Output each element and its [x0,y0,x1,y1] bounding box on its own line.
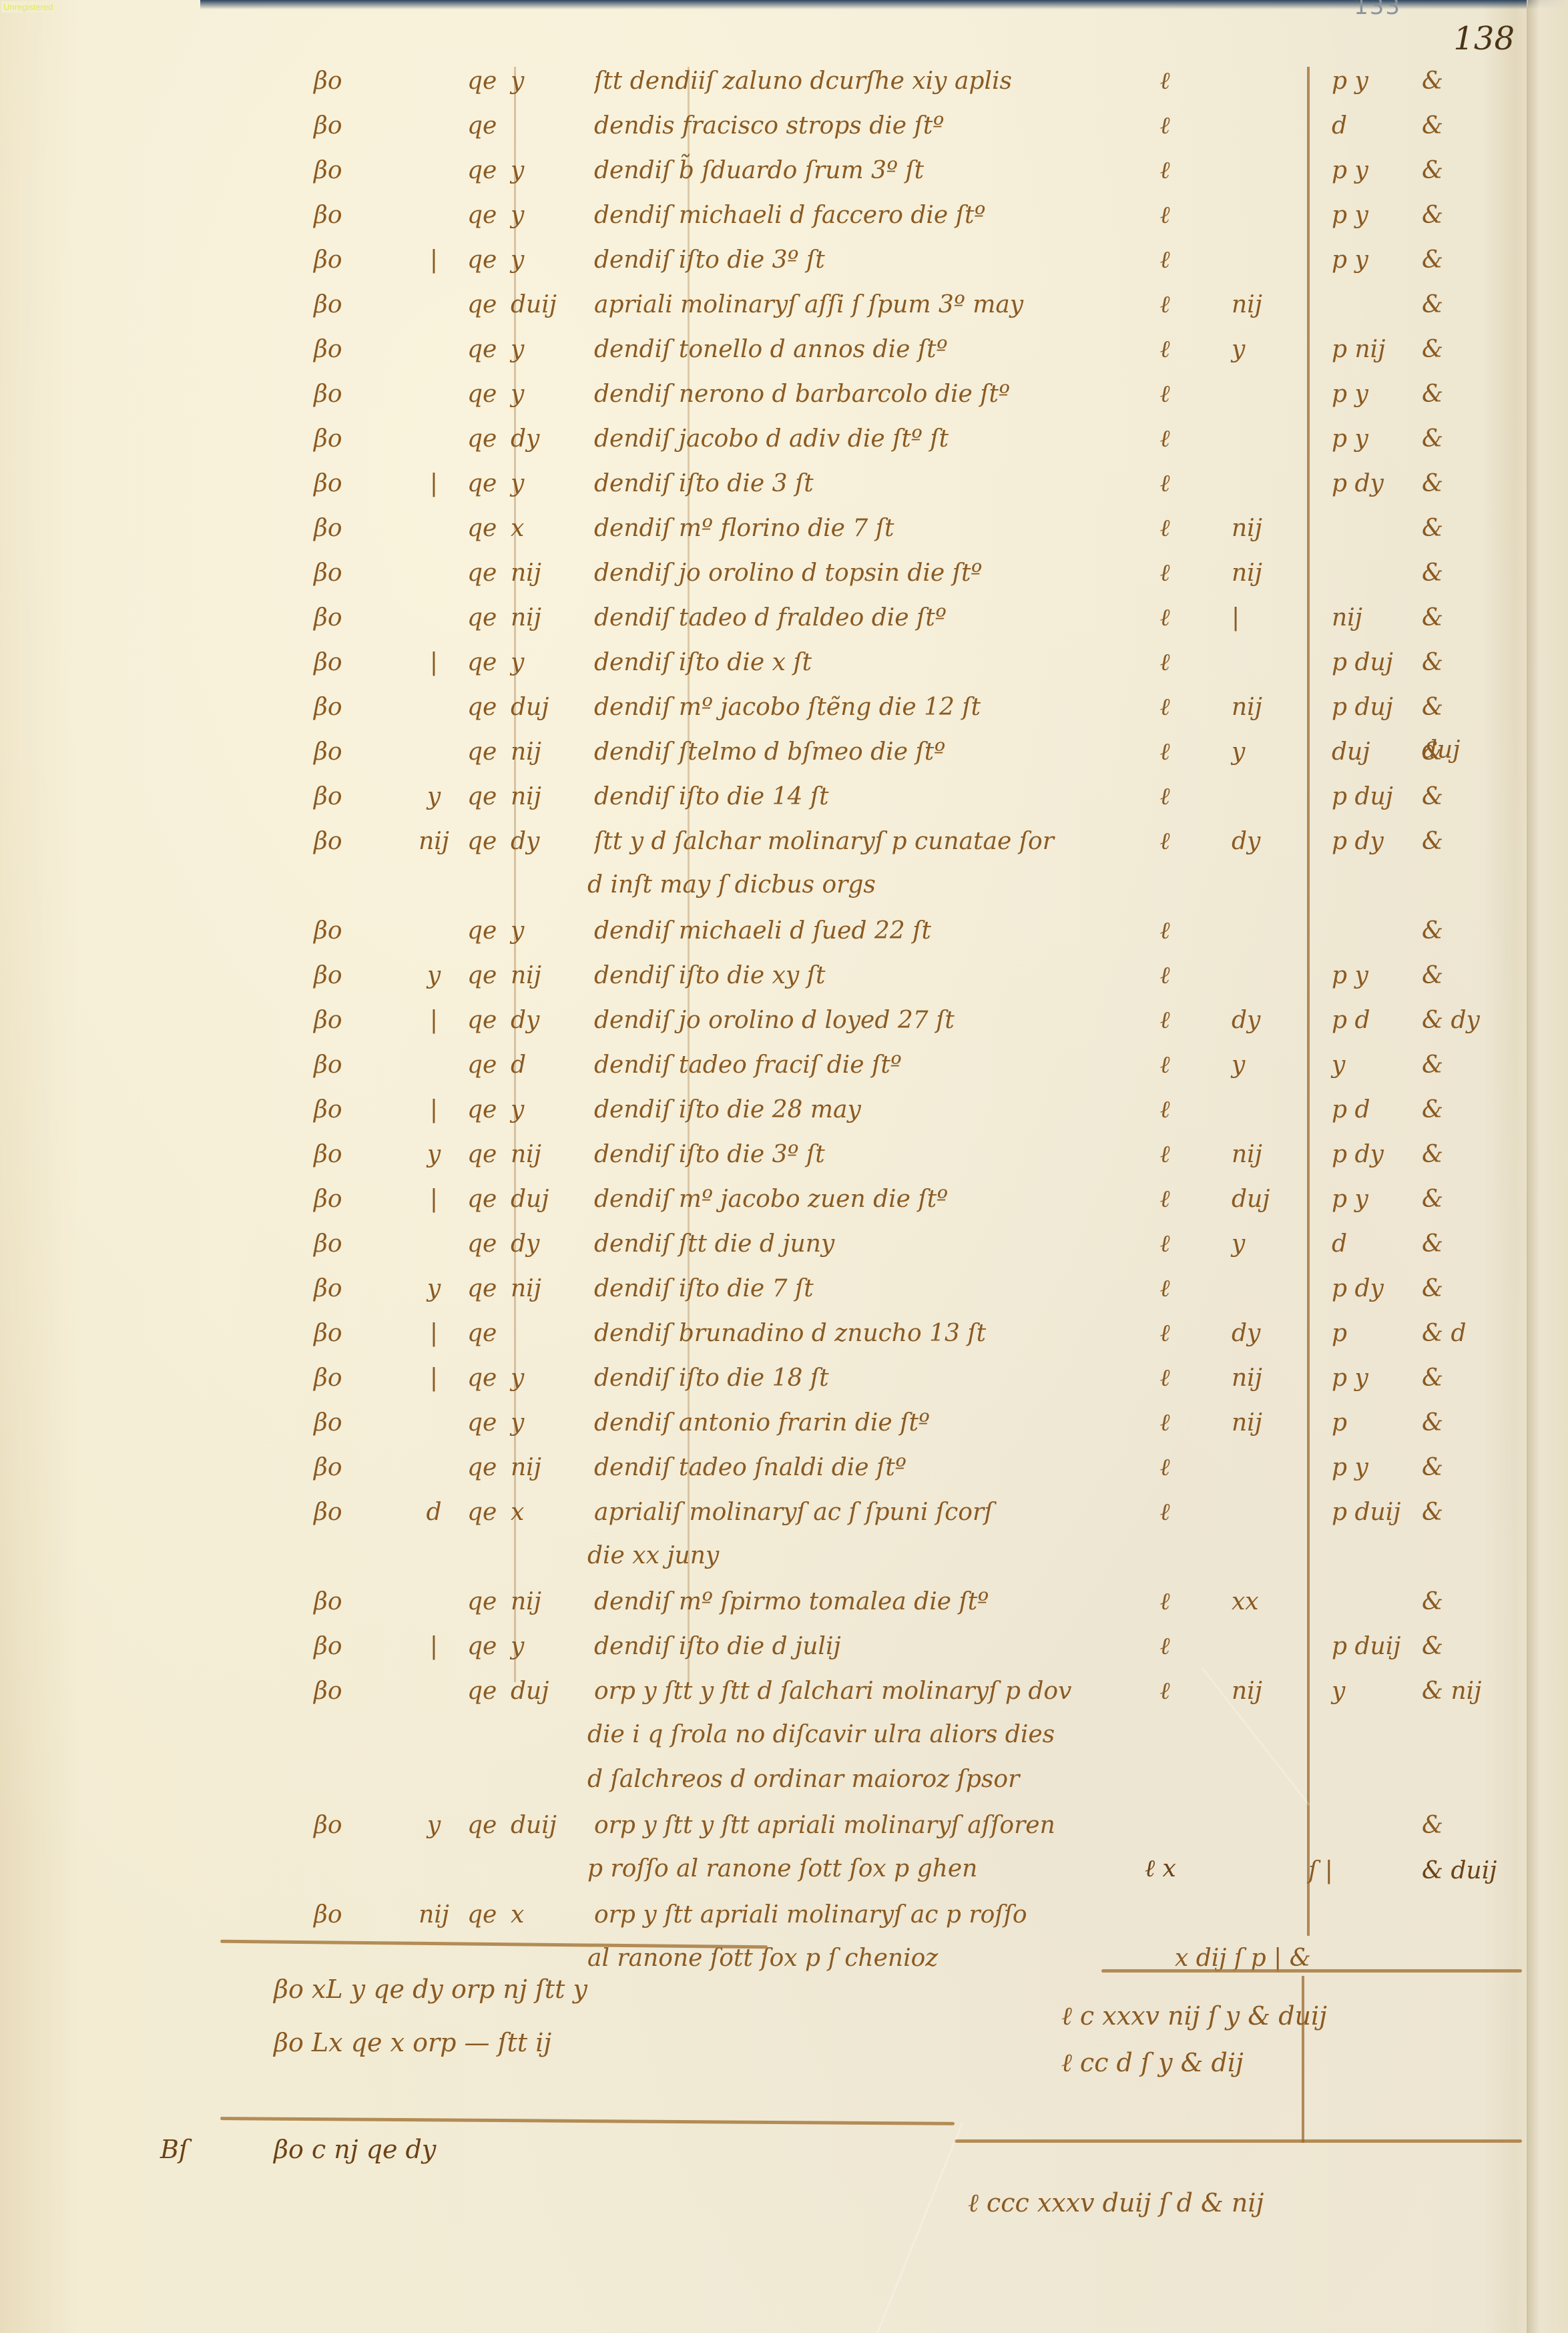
value-column-3: & [1422,463,1489,505]
value-column-2: p d [1332,999,1412,1042]
quantity-unit: qe [467,507,507,550]
quantity-unit: qe [467,1044,507,1087]
entry-marker: βo [314,1178,367,1221]
entry-description: dendiſ iſto die 18 ſt [594,1357,1141,1400]
ledger-row: βoyqeduijorp y ſtt y ſtt apriali molinar… [0,1804,1568,1847]
quantity-unit: qe [467,1223,507,1266]
value-column-2: y [1332,1044,1412,1087]
ledger-row: βoqenijdendiſ tadeo ſnaldi die ſtºℓp y& [0,1447,1568,1489]
libra-sign: ℓ [1148,1312,1182,1355]
ledger-row: βoqeydendiſ michaeli d faccero die ſtºℓp… [0,194,1568,237]
quantity-unit: qe [467,194,507,237]
grand-total-label: Bſ [160,2129,188,2169]
total-rule-left [220,2117,955,2125]
quantity-amount: nij [511,731,577,774]
entry-marker: βo [314,1581,367,1623]
quantity-unit: qe [467,776,507,818]
quantity-unit: qe [467,1491,507,1534]
value-column-3: & [1422,150,1489,192]
prefix-count: | [414,641,454,684]
entry-description: orp y ſtt y ſtt apriali molinaryſ aſſore… [594,1804,1141,1847]
quantity-unit: qe [467,1089,507,1131]
entry-marker: βo [314,507,367,550]
value-column-2: p y [1332,418,1412,461]
entry-description: dendiſ michaeli d faccero die ſtº [594,194,1141,237]
libra-sign: ℓ [1148,641,1182,684]
value-column-1: nij [1232,507,1292,550]
entry-description: dendiſ brunadino d znucho 13 ſt [594,1312,1141,1355]
libra-sign: ℓ [1148,1402,1182,1445]
entry-marker: βo [314,955,367,997]
quantity-amount: y [511,1089,577,1131]
value-column-3: & [1422,507,1489,550]
quantity-unit: qe [467,60,507,103]
entry-description: dendiſ jacobo d adiv die ſtº ſt [594,418,1141,461]
entry-description: apriali molinaryſ aſſi ſ ſpum 3º may [594,284,1141,326]
value-column-2: p duj [1332,641,1412,684]
value-column-1: nij [1232,1357,1292,1400]
continuation-libra: ℓ x [1145,1849,1176,1889]
value-column-2: p dy [1332,1133,1412,1176]
total-rule-right [955,2139,1522,2143]
ledger-row: βo|qeydendiſ iſto die 3 ſtℓp dy& [0,463,1568,505]
entry-marker: βo [314,552,367,595]
libra-sign: ℓ [1148,731,1182,774]
libra-sign: ℓ [1148,328,1182,371]
quantity-amount: dy [511,820,577,863]
quantity-amount: y [511,910,577,953]
entry-marker: βo [314,194,367,237]
quantity-amount: nij [511,776,577,818]
value-column-1: duj [1232,1178,1292,1221]
entry-marker: βo [314,463,367,505]
libra-sign: ℓ [1148,1089,1182,1131]
ledger-row: βoqenijdendiſ mº ſpirmo tomalea die ſtºℓ… [0,1581,1568,1623]
quantity-unit: qe [467,910,507,953]
entry-description: dendiſ nerono d barbarcolo die ſtº [594,373,1141,416]
entry-marker: βo [314,418,367,461]
ledger-row: βo|qeydendiſ iſto die 3º ſtℓp y& [0,239,1568,282]
libra-sign: ℓ [1148,686,1182,729]
ledger-row: βo|qedydendiſ jo orolino d loyed 27 ſtℓd… [0,999,1568,1042]
value-column-1: nij [1232,1670,1292,1713]
quantity-amount: duj [511,1670,577,1713]
summary-right-line-2: ℓ cc d ſ y & dij [1061,2043,1244,2083]
quantity-unit: qe [467,463,507,505]
quantity-unit: qe [467,731,507,774]
ledger-row: βoqedendis fracisco strops die ſtºℓd& [0,105,1568,148]
prefix-count: nij [414,1894,454,1936]
grand-total-left: βo c nj qe dy [274,2129,436,2169]
quantity-amount: duj [511,686,577,729]
entry-marker: βo [314,1402,367,1445]
ledger-row: βonijqexorp y ſtt apriali molinaryſ ac p… [0,1894,1568,1936]
entry-marker: βo [314,1804,367,1847]
ledger-row: βoqenijdendiſ ſtelmo d bſmeo die ſtºℓydu… [0,731,1568,774]
entry-description: dendiſ iſto die xy ſt [594,955,1141,997]
libra-sign: ℓ [1148,463,1182,505]
libra-sign: ℓ [1148,1223,1182,1266]
value-column-2: p y [1332,194,1412,237]
entry-description: dendiſ jo orolino d topsin die ſtº [594,552,1141,595]
quantity-unit: qe [467,1312,507,1355]
value-column-3: & d [1422,1312,1489,1355]
prefix-count: y [414,776,454,818]
value-column-3: & [1422,418,1489,461]
libra-sign: ℓ [1148,597,1182,639]
ledger-row: βoqeydendiſ tonello d annos die ſtºℓyp n… [0,328,1568,371]
grand-total-right: ℓ ccc xxxv duij ſ d & nij [968,2183,1264,2223]
value-column-2: duj [1332,731,1412,774]
entry-description: dendiſ iſto die 7 ſt [594,1268,1141,1310]
quantity-unit: qe [467,641,507,684]
entry-description: dendiſ tonello d annos die ſtº [594,328,1141,371]
quantity-amount: duij [511,284,577,326]
entry-marker: βo [314,284,367,326]
quantity-amount: y [511,1402,577,1445]
entry-marker: βo [314,239,367,282]
value-column-2: d [1332,105,1412,148]
entry-description: dendiſ iſto die 14 ſt [594,776,1141,818]
libra-sign: ℓ [1148,1268,1182,1310]
entry-description: dendiſ mº florino die 7 ſt [594,507,1141,550]
value-column-3: & [1422,1133,1489,1176]
prefix-count: d [414,1491,454,1534]
quantity-unit: qe [467,1670,507,1713]
value-column-2: p y [1332,60,1412,103]
quantity-amount: y [511,328,577,371]
libra-sign: ℓ [1148,105,1182,148]
entry-description: dendiſ tadeo ſnaldi die ſtº [594,1447,1141,1489]
value-column-2: p y [1332,1357,1412,1400]
libra-sign: ℓ [1148,1447,1182,1489]
entry-description: dendiſ antonio frarin die ſtº [594,1402,1141,1445]
ledger-row: βoqenijdendiſ tadeo d fraldeo die ſtºℓ|n… [0,597,1568,639]
ledger-row: βo|qeydendiſ iſto die x ſtℓp duj& [0,641,1568,684]
value-column-1: nij [1232,1402,1292,1445]
value-column-3: & [1422,552,1489,595]
entry-description: dendiſ tadeo d fraldeo die ſtº [594,597,1141,639]
libra-sign: ℓ [1148,418,1182,461]
value-column-1: nij [1232,284,1292,326]
ledger-row: βoyqenijdendiſ iſto die xy ſtℓp y& [0,955,1568,997]
extra-value-column-2: ſ | [1308,1851,1333,1891]
prefix-count: | [414,1357,454,1400]
value-column-2: p y [1332,1447,1412,1489]
value-column-3: & [1422,1044,1489,1087]
ledger-row: βoqedydendiſ ſtt die d junyℓyd& [0,1223,1568,1266]
value-column-2: p duj [1332,686,1412,729]
prefix-count: | [414,1625,454,1668]
summary-right-line-1: ℓ c xxxv nij ſ y & duij [1061,1996,1327,2036]
entry-marker: βo [314,1894,367,1936]
entry-marker: βo [314,1625,367,1668]
paper-crease [876,2123,963,2333]
value-column-2: p [1332,1312,1412,1355]
quantity-unit: qe [467,1402,507,1445]
quantity-amount: y [511,373,577,416]
value-column-3: & [1422,1089,1489,1131]
value-column-2: p duij [1332,1491,1412,1534]
ledger-row: βoqeydendiſ b̃ ſduardo ſrum 3º ſtℓp y& [0,150,1568,192]
entry-marker: βo [314,105,367,148]
entry-marker: βo [314,820,367,863]
value-column-3: & [1422,597,1489,639]
quantity-amount: y [511,239,577,282]
value-column-3: & [1422,1402,1489,1445]
value-column-2: p dy [1332,1268,1412,1310]
ledger-row: βoqeydendiſ nerono d barbarcolo die ſtºℓ… [0,373,1568,416]
value-column-1: nij [1232,686,1292,729]
ledger-row: βoqeddendiſ tadeo fraciſ die ſtºℓyy& [0,1044,1568,1087]
entry-description: ſtt dendiiſ zaluno dcurſhe xiy aplis [594,60,1141,103]
quantity-unit: qe [467,150,507,192]
entry-marker: βo [314,373,367,416]
ledger-row: βoqeydendiſ michaeli d ſued 22 ſtℓ& [0,910,1568,953]
quantity-amount: y [511,1625,577,1668]
ledger-row: βoyqenijdendiſ iſto die 7 ſtℓp dy& [0,1268,1568,1310]
entry-description: dendiſ b̃ ſduardo ſrum 3º ſt [594,150,1141,192]
entry-description: orp y ſtt apriali molinaryſ ac p roſſo [594,1894,1141,1936]
prefix-count: y [414,1804,454,1847]
prefix-count: | [414,1089,454,1131]
value-column-3: & [1422,776,1489,818]
quantity-amount: x [511,507,577,550]
quantity-unit: qe [467,1581,507,1623]
summary-left-line-1: βo xL y qe dy orp nj ſtt y [274,1969,587,2009]
prefix-count: y [414,1133,454,1176]
entry-marker: βo [314,776,367,818]
quantity-amount: nij [511,955,577,997]
value-column-3: & [1422,955,1489,997]
quantity-unit: qe [467,418,507,461]
entry-description: dendiſ iſto die 28 may [594,1089,1141,1131]
value-column-2: p dy [1332,820,1412,863]
entry-description: dendiſ mº jacobo zuen die ſtº [594,1178,1141,1221]
value-column-3: & [1422,1447,1489,1489]
entry-marker: βo [314,1447,367,1489]
value-column-3: & [1422,1268,1489,1310]
quantity-unit: qe [467,1625,507,1668]
value-column-2: p [1332,1402,1412,1445]
value-column-1: dy [1232,1312,1292,1355]
value-column-1: | [1232,597,1292,639]
quantity-amount: d [511,1044,577,1087]
entry-marker: βo [314,910,367,953]
ledger-row: βoqexdendiſ mº florino die 7 ſtℓnij& [0,507,1568,550]
quantity-unit: qe [467,284,507,326]
value-column-1: y [1232,328,1292,371]
quantity-unit: qe [467,1268,507,1310]
libra-sign: ℓ [1148,1044,1182,1087]
quantity-unit: qe [467,1447,507,1489]
quantity-unit: qe [467,1894,507,1936]
entry-marker: βo [314,150,367,192]
entry-description: dendiſ iſto die 3º ſt [594,239,1141,282]
ledger-row: βo|qedujdendiſ mº jacobo zuen die ſtºℓdu… [0,1178,1568,1221]
libra-sign: ℓ [1148,820,1182,863]
ledger-row: βo|qeydendiſ iſto die d julijℓp duij& [0,1625,1568,1668]
libra-sign: ℓ [1148,1670,1182,1713]
pencil-folio-number: 133 [1354,0,1401,20]
entry-marker: βo [314,1491,367,1534]
entry-marker: βo [314,1133,367,1176]
value-column-3: & [1422,1178,1489,1221]
libra-sign: ℓ [1148,150,1182,192]
libra-sign: ℓ [1148,1178,1182,1221]
value-column-1: dy [1232,999,1292,1042]
quantity-amount: y [511,194,577,237]
value-column-3: & [1422,910,1489,953]
entry-description: dendiſ iſto die 3º ſt [594,1133,1141,1176]
quantity-amount: x [511,1491,577,1534]
value-column-1: y [1232,1044,1292,1087]
quantity-unit: qe [467,239,507,282]
quantity-amount: duij [511,1804,577,1847]
ledger-row: βo|qedendiſ brunadino d znucho 13 ſtℓdyp… [0,1312,1568,1355]
libra-sign: ℓ [1148,910,1182,953]
value-column-3: & [1422,60,1489,103]
entry-marker: βo [314,999,367,1042]
quantity-amount: y [511,1357,577,1400]
summary-left-line-2: βo Lx qe x orp — ſtt ij [274,2023,551,2063]
libra-sign: ℓ [1148,194,1182,237]
quantity-unit: qe [467,1804,507,1847]
quantity-unit: qe [467,1133,507,1176]
entry-description: orp y ſtt y ſtt d ſalchari molinaryſ p d… [594,1670,1141,1713]
quantity-amount: y [511,150,577,192]
continuation-right-values: x dij ſ p | & [1175,1938,1311,1979]
quantity-amount: y [511,463,577,505]
quantity-amount: nij [511,1447,577,1489]
libra-sign: ℓ [1148,373,1182,416]
entry-continuation-line: d ſalchreos d ordinar maioroz ſpsor [587,1760,1019,1800]
value-column-1: nij [1232,552,1292,595]
entry-continuation-line: d inſt may ſ dicbus orgs [587,865,876,905]
quantity-amount: x [511,1894,577,1936]
entry-description: aprialiſ molinaryſ ac ſ ſpuni ſcorſ [594,1491,1141,1534]
value-column-3: & [1422,1357,1489,1400]
prefix-count: nij [414,820,454,863]
value-column-3: & [1422,1223,1489,1266]
libra-sign: ℓ [1148,955,1182,997]
value-column-2: p y [1332,150,1412,192]
entry-description: dendiſ tadeo fraciſ die ſtº [594,1044,1141,1087]
entry-description: dendiſ mº ſpirmo tomalea die ſtº [594,1581,1141,1623]
value-column-2: p dy [1332,463,1412,505]
quantity-amount: dy [511,999,577,1042]
quantity-amount: duj [511,1178,577,1221]
value-column-2: p y [1332,955,1412,997]
value-column-3: & [1422,194,1489,237]
libra-sign: ℓ [1148,776,1182,818]
entry-description: dendis fracisco strops die ſtº [594,105,1141,148]
quantity-unit: qe [467,105,507,148]
libra-sign: ℓ [1148,552,1182,595]
quantity-amount: dy [511,1223,577,1266]
entry-description: dendiſ iſto die 3 ſt [594,463,1141,505]
ledger-row: βoqedujdendiſ mº jacobo ſtẽng die 12 ſtℓ… [0,686,1568,729]
entry-marker: βo [314,686,367,729]
prefix-count: y [414,1268,454,1310]
quantity-unit: qe [467,328,507,371]
entry-continuation-line: die xx juny [587,1536,719,1576]
value-column-3: & [1422,373,1489,416]
value-column-3: & dy [1422,999,1489,1042]
entry-description: dendiſ ſtelmo d bſmeo die ſtº [594,731,1141,774]
quantity-unit: qe [467,686,507,729]
entry-continuation-line: die i q ſrola no diſcavir ulra aliors di… [587,1715,1055,1755]
entry-marker: βo [314,597,367,639]
entry-marker: βo [314,641,367,684]
value-column-2: nij [1332,597,1412,639]
ink-folio-number: 138 [1453,20,1515,57]
ledger-row: βo|qeydendiſ iſto die 18 ſtℓnijp y& [0,1357,1568,1400]
value-column-2: p nij [1332,328,1412,371]
subtotal-rule-right [1101,1969,1522,1973]
ledger-row: βoqeyſtt dendiiſ zaluno dcurſhe xiy apli… [0,60,1568,103]
entry-marker: βo [314,1357,367,1400]
quantity-amount: y [511,60,577,103]
entry-description: ſtt y d ſalchar molinaryſ p cunatae ſor [594,820,1141,863]
entry-marker: βo [314,60,367,103]
value-column-1: dy [1232,820,1292,863]
ledger-row: βoqeduijapriali molinaryſ aſſi ſ ſpum 3º… [0,284,1568,326]
value-column-3: & [1422,820,1489,863]
libra-sign: ℓ [1148,1581,1182,1623]
manuscript-page: Unregistered 133 138 βoqeyſtt dendiiſ za… [0,0,1568,2333]
quantity-amount: nij [511,1133,577,1176]
entry-description: dendiſ mº jacobo ſtẽng die 12 ſt [594,686,1141,729]
prefix-count: | [414,1312,454,1355]
quantity-amount: y [511,641,577,684]
quantity-amount: nij [511,597,577,639]
entry-description: dendiſ jo orolino d loyed 27 ſt [594,999,1141,1042]
value-column-3: & nij [1422,1670,1489,1713]
value-column-2: p d [1332,1089,1412,1131]
entry-marker: βo [314,1312,367,1355]
value-column-2: p y [1332,239,1412,282]
ledger-row: βo|qeydendiſ iſto die 28 mayℓp d& [0,1089,1568,1131]
ledger-row: βoyqenijdendiſ iſto die 3º ſtℓnijp dy& [0,1133,1568,1176]
libra-sign: ℓ [1148,999,1182,1042]
libra-sign: ℓ [1148,60,1182,103]
libra-sign: ℓ [1148,1491,1182,1534]
libra-sign: ℓ [1148,507,1182,550]
value-column-1: y [1232,731,1292,774]
libra-sign: ℓ [1148,1357,1182,1400]
value-column-3: & [1422,328,1489,371]
value-column-3: & [1422,105,1489,148]
entry-marker: βo [314,731,367,774]
entry-description: dendiſ iſto die x ſt [594,641,1141,684]
extra-value-column-3: & duij [1422,1851,1497,1891]
quantity-amount: nij [511,1581,577,1623]
value-column-2: p duij [1332,1625,1412,1668]
entry-description: dendiſ michaeli d ſued 22 ſt [594,910,1141,953]
entry-marker: βo [314,328,367,371]
prefix-count: | [414,999,454,1042]
value-column-1: nij [1232,1133,1292,1176]
ledger-row: βoqedujorp y ſtt y ſtt d ſalchari molina… [0,1670,1568,1713]
quantity-unit: qe [467,373,507,416]
value-column-2: p duj [1332,776,1412,818]
ledger-row: βoqenijdendiſ jo orolino d topsin die ſt… [0,552,1568,595]
entry-marker: βo [314,1268,367,1310]
value-column-3: & [1422,284,1489,326]
prefix-count: | [414,1178,454,1221]
libra-sign: ℓ [1148,239,1182,282]
